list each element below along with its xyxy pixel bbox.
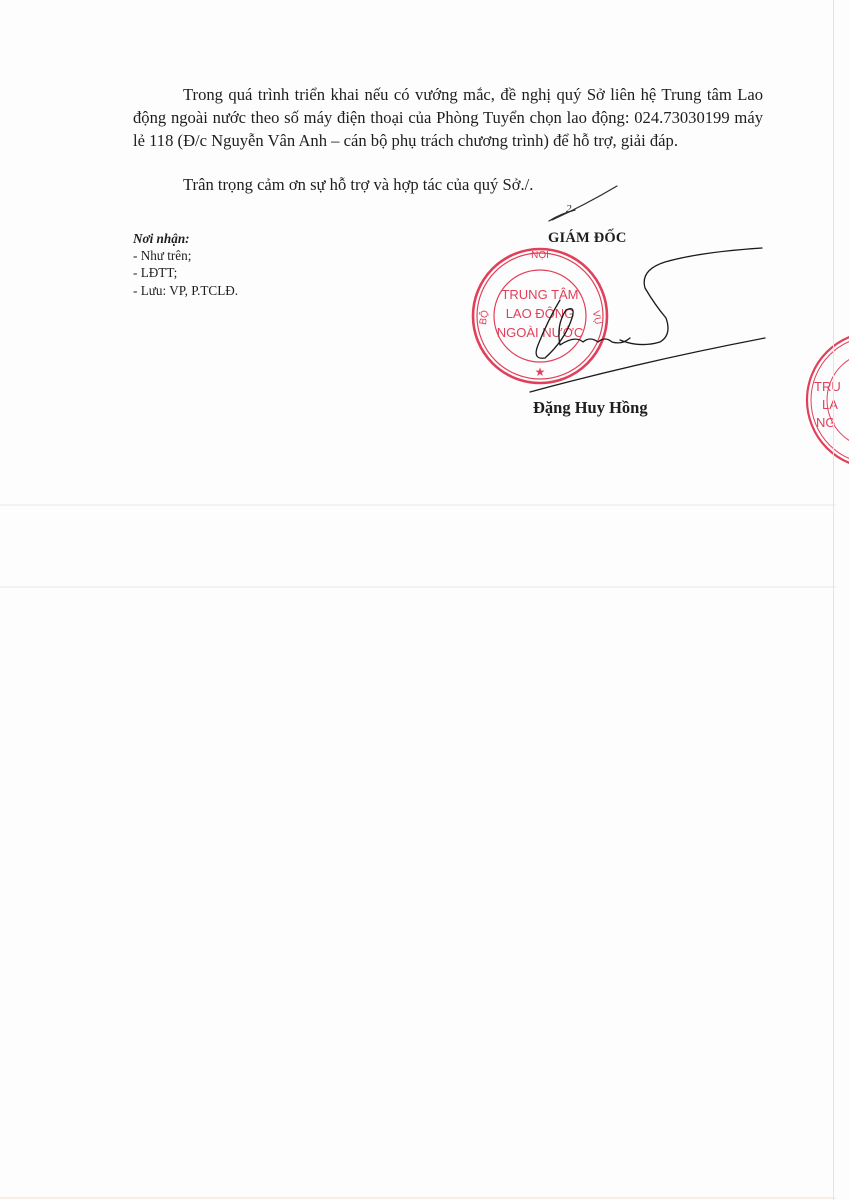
scan-band bbox=[0, 504, 836, 506]
stamp-center-line: TRUNG TÂM bbox=[501, 287, 578, 302]
recipients-block: Nơi nhận: - Như trên; - LĐTT; - Lưu: VP,… bbox=[133, 230, 238, 299]
stamp-rings bbox=[473, 249, 607, 383]
scan-band bbox=[0, 1197, 836, 1199]
stamp-center-line: LAO ĐỘNG bbox=[506, 306, 575, 321]
edge-stamp-fragment: TRU LA NG bbox=[800, 325, 849, 475]
recipient-item: - LĐTT; bbox=[133, 264, 238, 281]
scan-band bbox=[0, 586, 836, 588]
document-page: Trong quá trình triển khai nếu có vướng … bbox=[0, 0, 849, 1200]
signer-title: GIÁM ĐỐC bbox=[548, 230, 627, 247]
edge-stamp-rings: TRU LA NG bbox=[800, 325, 849, 475]
initials-mark-digit: 2 bbox=[566, 203, 572, 215]
stamp-ring-top: NỘI bbox=[531, 248, 549, 261]
body-paragraph-thanks: Trân trọng cảm ơn sự hỗ trợ và hợp tác c… bbox=[133, 174, 763, 197]
signer-name: Đặng Huy Hồng bbox=[533, 398, 648, 418]
recipient-item: - Như trên; bbox=[133, 247, 238, 264]
edge-stamp-text: LA bbox=[822, 397, 838, 412]
stamp-ring-left: BỘ bbox=[476, 309, 491, 326]
page-seam-line bbox=[833, 0, 834, 1200]
recipients-heading: Nơi nhận: bbox=[133, 230, 238, 247]
stamp-ring-right: VỤ bbox=[590, 310, 603, 326]
star-icon: ★ bbox=[535, 365, 546, 379]
edge-stamp-text: TRU bbox=[814, 379, 841, 394]
handwritten-signature bbox=[530, 248, 765, 392]
body-paragraph-contact: Trong quá trình triển khai nếu có vướng … bbox=[133, 84, 763, 152]
stamp-center-line: NGOÀI NƯỚC bbox=[497, 325, 584, 340]
recipient-item: - Lưu: VP, P.TCLĐ. bbox=[133, 282, 238, 299]
